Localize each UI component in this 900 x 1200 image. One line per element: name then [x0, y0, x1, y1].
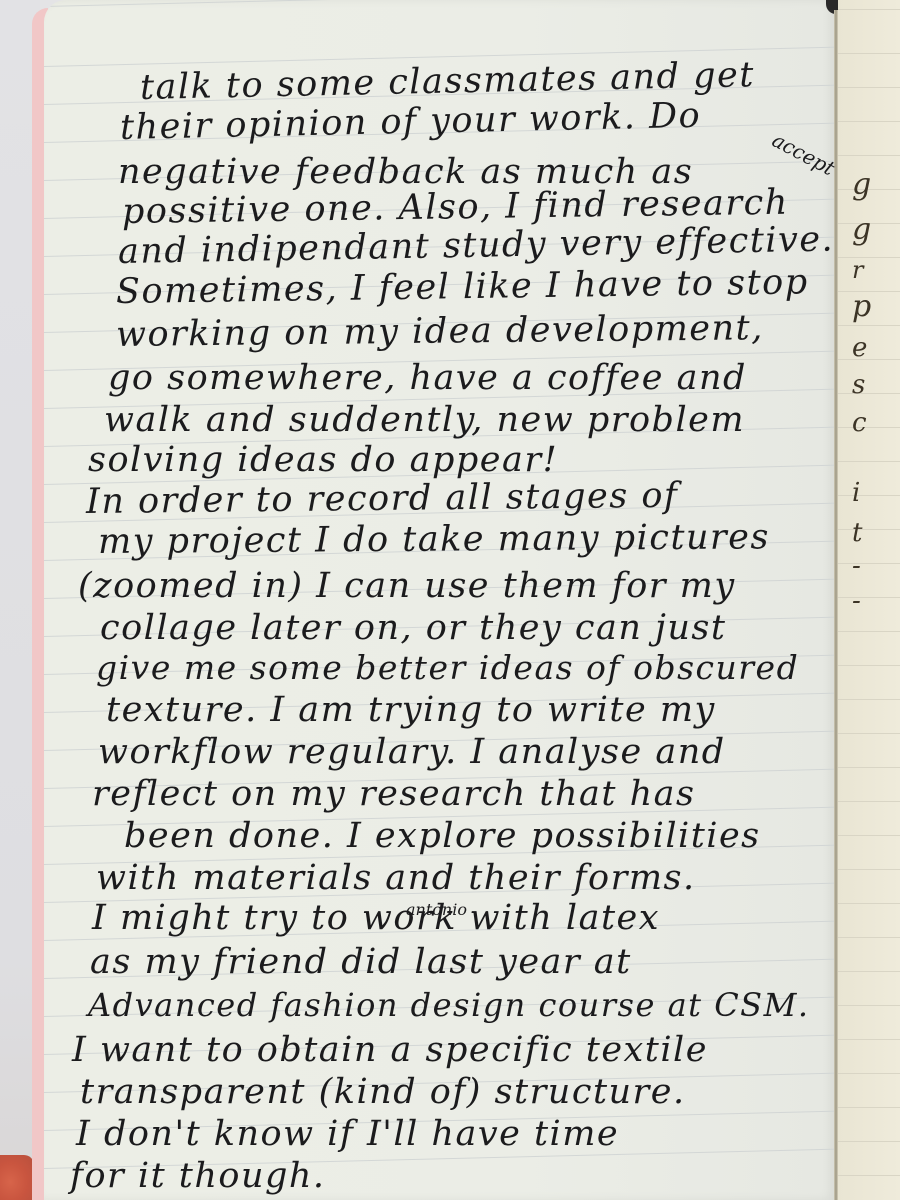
text-line: my project I do take many pictures: [98, 517, 770, 562]
inserted-word-accept: accept: [768, 128, 838, 181]
text-line: with materials and their forms.: [96, 858, 696, 898]
handwritten-text: talk to some classmates and get their op…: [0, 0, 900, 1200]
text-line: been done. I explore possibilities: [124, 816, 761, 856]
text-line: walk and suddently, new problem: [104, 400, 745, 440]
text-line: for it though.: [70, 1156, 326, 1196]
text-line: go somewhere, have a coffee and: [108, 358, 747, 398]
text-line: workflow regulary. I analyse and: [98, 732, 726, 772]
text-line: In order to record all stages of: [86, 476, 679, 522]
text-line: (zoomed in) I can use them for my: [78, 566, 736, 606]
text-line: I don't know if I'll have time: [76, 1114, 619, 1154]
text-line: Sometimes, I feel like I have to stop: [116, 262, 809, 312]
text-line: give me some better ideas of obscured: [96, 648, 799, 687]
text-line: I want to obtain a specific textile: [72, 1030, 708, 1070]
text-line: I might try to work with latex: [92, 898, 660, 938]
text-line: Advanced fashion design course at CSM.: [88, 986, 810, 1024]
inserted-word-antonio: antonio: [406, 900, 467, 919]
text-line: working on my idea development,: [116, 308, 764, 355]
text-line: reflect on my research that has: [92, 774, 695, 814]
text-line: transparent (kind of) structure.: [80, 1072, 686, 1112]
text-line: collage later on, or they can just: [100, 608, 726, 648]
text-line: solving ideas do appear!: [88, 440, 558, 480]
text-line: texture. I am trying to write my: [106, 690, 716, 730]
text-line: as my friend did last year at: [90, 942, 632, 982]
